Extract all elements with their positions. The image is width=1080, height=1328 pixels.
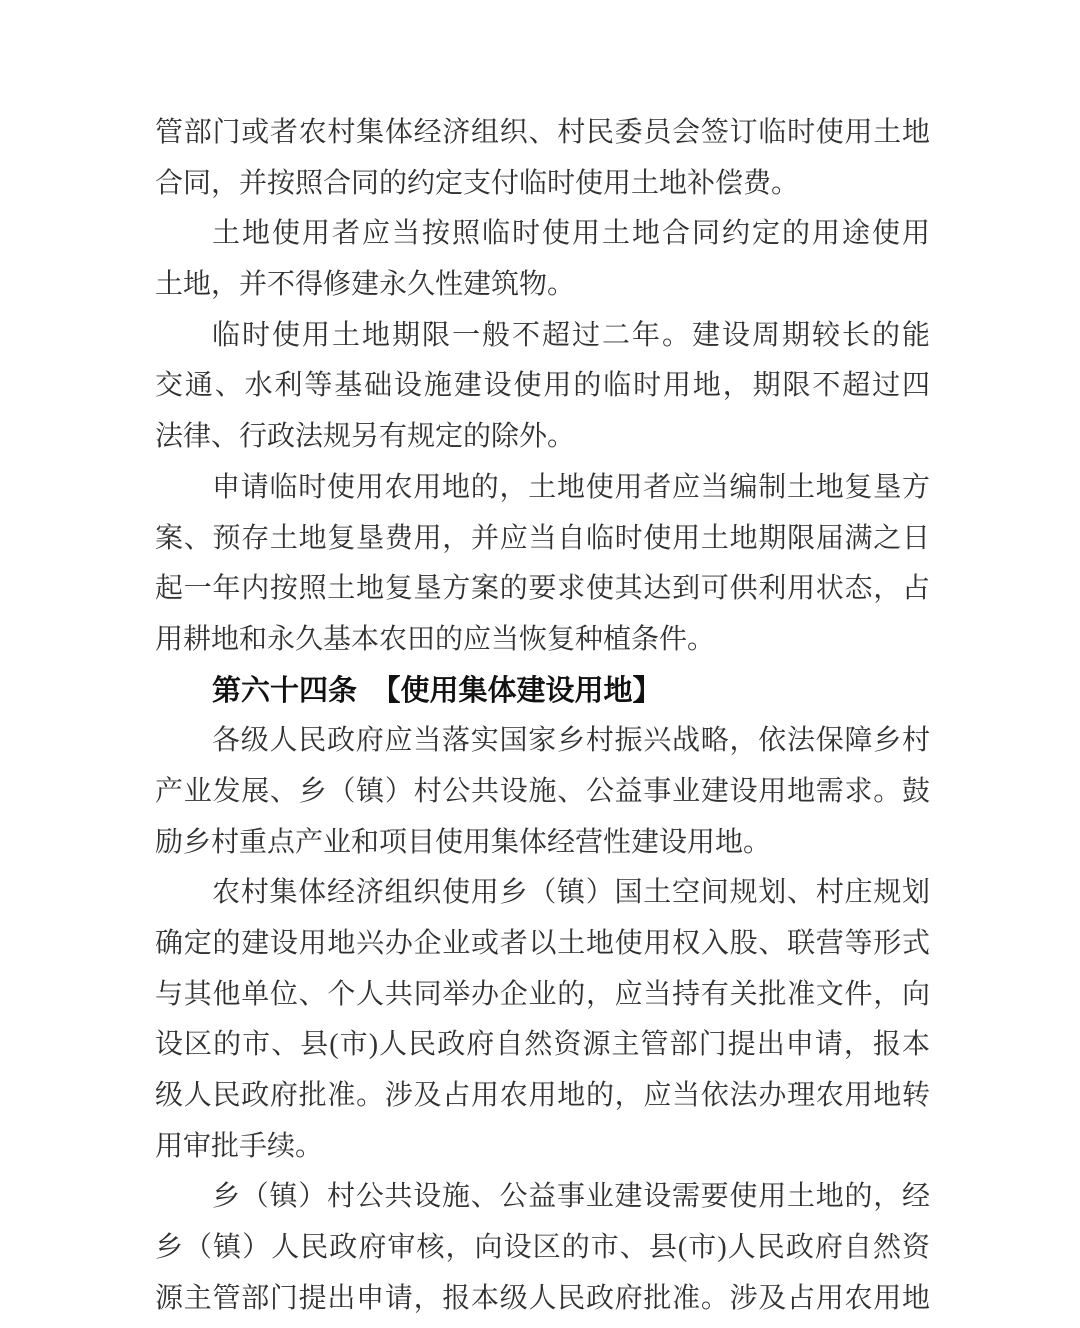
text-line: 设区的市、县(市)人民政府自然资源主管部门提出申请，报本 <box>155 1020 930 1071</box>
text-line: 农村集体经济组织使用乡（镇）国土空间规划、村庄规划 <box>155 868 930 919</box>
text-line: 管部门或者农村集体经济组织、村民委员会签订临时使用土地 <box>155 108 930 159</box>
text-line: 土地，并不得修建永久性建筑物。 <box>155 260 930 311</box>
text-line: 各级人民政府应当落实国家乡村振兴战略，依法保障乡村 <box>155 716 930 767</box>
text-line: 临时使用土地期限一般不超过二年。建设周期较长的能源、 <box>155 311 930 362</box>
text-line: 源主管部门提出申请，报本级人民政府批准。涉及占用农用地 <box>155 1274 930 1325</box>
text-line: 产业发展、乡（镇）村公共设施、公益事业建设用地需求。鼓 <box>155 767 930 818</box>
text-line: 与其他单位、个人共同举办企业的，应当持有关批准文件，向 <box>155 970 930 1021</box>
text-line: 合同，并按照合同的约定支付临时使用土地补偿费。 <box>155 159 930 210</box>
text-line: 用审批手续。 <box>155 1122 930 1173</box>
text-line: 起一年内按照土地复垦方案的要求使其达到可供利用状态，占 <box>155 564 930 615</box>
text-line: 乡（镇）村公共设施、公益事业建设需要使用土地的，经 <box>155 1172 930 1223</box>
document-page: 管部门或者农村集体经济组织、村民委员会签订临时使用土地 合同，并按照合同的约定支… <box>0 0 1080 1328</box>
article-heading: 第六十四条 【使用集体建设用地】 <box>155 666 930 717</box>
text-line: 用耕地和永久基本农田的应当恢复种植条件。 <box>155 615 930 666</box>
text-line: 励乡村重点产业和项目使用集体经营性建设用地。 <box>155 818 930 869</box>
law-text-block: 管部门或者农村集体经济组织、村民委员会签订临时使用土地 合同，并按照合同的约定支… <box>155 108 930 1325</box>
text-line: 交通、水利等基础设施建设使用的临时用地，期限不超过四年； <box>155 361 930 412</box>
text-line: 乡（镇）人民政府审核，向设区的市、县(市)人民政府自然资 <box>155 1223 930 1274</box>
text-line: 级人民政府批准。涉及占用农用地的，应当依法办理农用地转 <box>155 1071 930 1122</box>
text-line: 案、预存土地复垦费用，并应当自临时使用土地期限届满之日 <box>155 514 930 565</box>
text-line: 申请临时使用农用地的，土地使用者应当编制土地复垦方 <box>155 463 930 514</box>
text-line: 法律、行政法规另有规定的除外。 <box>155 412 930 463</box>
text-line: 土地使用者应当按照临时使用土地合同约定的用途使用 <box>155 209 930 260</box>
text-line: 确定的建设用地兴办企业或者以土地使用权入股、联营等形式 <box>155 919 930 970</box>
